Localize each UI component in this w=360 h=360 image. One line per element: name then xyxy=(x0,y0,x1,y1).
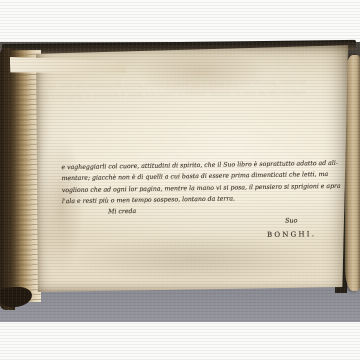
photo-open-antique-book: mentare; giacchè non è di quelli a cui b… xyxy=(0,0,360,360)
printed-letter-text: e vagheggiarli col cuore, attitudini di … xyxy=(61,158,336,245)
letter-valediction: Suo xyxy=(248,215,334,228)
curled-page-right-edge xyxy=(345,55,360,291)
letter-signature: BONGHI. xyxy=(248,229,334,242)
page-stack-fore-edges xyxy=(7,50,41,302)
signature-block: Suo BONGHI. xyxy=(248,215,334,241)
open-page: mentare; giacchè non è di quelli a cui b… xyxy=(36,44,348,292)
verso-bleedthrough-text: mentare; giacchè non è di quelli a cui b… xyxy=(70,78,306,102)
